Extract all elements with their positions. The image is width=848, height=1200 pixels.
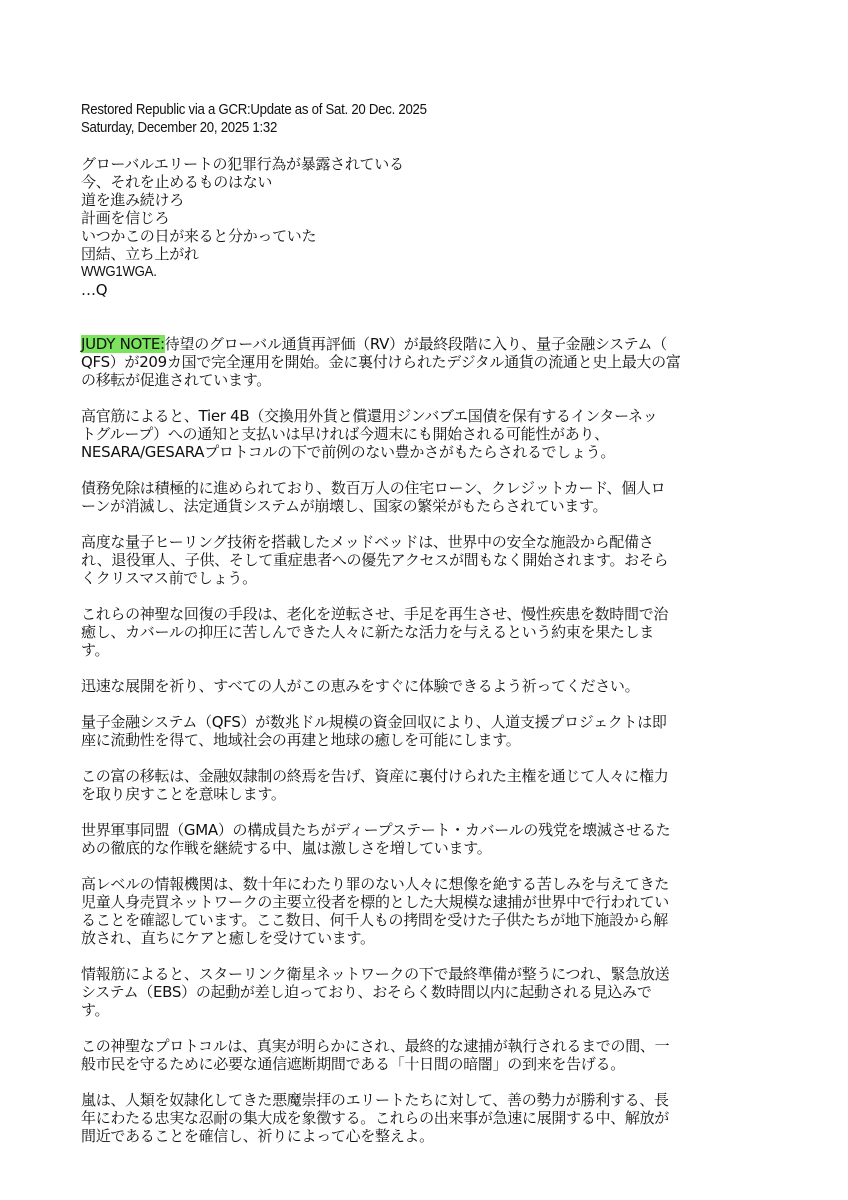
paragraph-line: ることを確認しています。ここ数日、何千人もの拷問を受けた子供たちが地下施設から解 (81, 911, 771, 929)
poem-block: グローバルエリートの犯罪行為が暴露されている 今、それを止めるものはない 道を進… (81, 155, 771, 299)
paragraph-line: この富の移転は、金融奴隷制の終焉を告げ、資産に裏付けられた主権を通じて人々に権力 (81, 767, 771, 785)
paragraph-judy-note: JUDY NOTE:待望のグローバル通貨再評価（RV）が最終段階に入り、量子金融… (81, 335, 771, 389)
paragraph-line: トグループ）への通知と支払いは早ければ今週末にも開始される可能性があり、 (81, 425, 771, 443)
paragraph: 嵐は、人類を奴隷化してきた悪魔崇拝のエリートたちに対して、善の勢力が勝利する、長… (81, 1091, 771, 1145)
paragraph-line: これらの神聖な回復の手段は、老化を逆転させ、手足を再生させ、慢性疾患を数時間で治 (81, 605, 771, 623)
document-page: Restored Republic via a GCR:Update as of… (81, 101, 771, 1163)
paragraph-line: 迅速な展開を祈り、すべての人がこの恵みをすぐに体験できるよう祈ってください。 (81, 677, 771, 695)
paragraph-line: 高レベルの情報機関は、数十年にわたり罪のない人々に想像を絶する苦しみを与えてきた (81, 875, 771, 893)
poem-line: WWG1WGA. (81, 263, 688, 281)
paragraph-line: 年にわたる忠実な忍耐の集大成を象徴する。これらの出来事が急速に展開する中、解放が (81, 1109, 771, 1127)
paragraph: この神聖なプロトコルは、真実が明らかにされ、最終的な逮捕が執行されるまでの間、一… (81, 1037, 771, 1073)
paragraph-line: 嵐は、人類を奴隷化してきた悪魔崇拝のエリートたちに対して、善の勢力が勝利する、長 (81, 1091, 771, 1109)
paragraph-line: QFS）が209カ国で完全運用を開始。金に裏付けられたデジタル通貨の流通と史上最… (81, 353, 771, 371)
paragraph-line: 児童人身売買ネットワークの主要立役者を標的とした大規模な逮捕が世界中で行われてい (81, 893, 771, 911)
paragraph-line: システム（EBS）の起動が差し迫っており、おそらく数時間以内に起動される見込みで (81, 983, 771, 1001)
paragraph-line: くクリスマス前でしょう。 (81, 569, 771, 587)
paragraph: 迅速な展開を祈り、すべての人がこの恵みをすぐに体験できるよう祈ってください。 (81, 677, 771, 695)
paragraph-line: 癒し、カバールの抑圧に苦しんできた人々に新たな活力を与えるという約束を果たしま (81, 623, 771, 641)
paragraph: 世界軍事同盟（GMA）の構成員たちがディープステート・カバールの残党を壊滅させる… (81, 821, 771, 857)
poem-line: 今、それを止めるものはない (81, 173, 771, 191)
paragraph: 量子金融システム（QFS）が数兆ドル規模の資金回収により、人道支援プロジェクトは… (81, 713, 771, 749)
paragraph-line: 高度な量子ヒーリング技術を搭載したメッドベッドは、世界中の安全な施設から配備さ (81, 533, 771, 551)
paragraph-line: す。 (81, 641, 771, 659)
poem-line: グローバルエリートの犯罪行為が暴露されている (81, 155, 771, 173)
spacer (81, 299, 771, 335)
poem-line: いつかこの日が来ると分かっていた (81, 227, 771, 245)
paragraph: 情報筋によると、スターリンク衛星ネットワークの下で最終準備が整うにつれ、緊急放送… (81, 965, 771, 1019)
spacer (81, 137, 771, 155)
paragraph: 高レベルの情報機関は、数十年にわたり罪のない人々に想像を絶する苦しみを与えてきた… (81, 875, 771, 947)
paragraph-line: 間近であることを確信し、祈りによって心を整えよ。 (81, 1127, 771, 1145)
paragraph-line: 座に流動性を得て、地域社会の再建と地球の癒しを可能にします。 (81, 731, 771, 749)
paragraph: これらの神聖な回復の手段は、老化を逆転させ、手足を再生させ、慢性疾患を数時間で治… (81, 605, 771, 659)
paragraph: 債務免除は積極的に進められており、数百万人の住宅ローン、クレジットカード、個人ロ… (81, 479, 771, 515)
paragraph-line: 世界軍事同盟（GMA）の構成員たちがディープステート・カバールの残党を壊滅させる… (81, 821, 771, 839)
paragraph-line: の移転が促進されています。 (81, 371, 771, 389)
paragraph-line: す。 (81, 1001, 771, 1019)
paragraph-line: れ、退役軍人、子供、そして重症患者への優先アクセスが間もなく開始されます。おそら (81, 551, 771, 569)
paragraph: 高官筋によると、Tier 4B（交換用外貨と償還用ジンバブエ国債を保有するインタ… (81, 407, 771, 461)
paragraph-line: 情報筋によると、スターリンク衛星ネットワークの下で最終準備が整うにつれ、緊急放送 (81, 965, 771, 983)
paragraph-line: 般市民を守るために必要な通信遮断期間である「十日間の暗闇」の到来を告げる。 (81, 1055, 771, 1073)
judy-note-label: JUDY NOTE: (81, 335, 165, 353)
poem-line: 団結、立ち上がれ (81, 245, 771, 263)
paragraph-line: ーンが消滅し、法定通貨システムが崩壊し、国家の繁栄がもたらされています。 (81, 497, 771, 515)
paragraph-line: 債務免除は積極的に進められており、数百万人の住宅ローン、クレジットカード、個人ロ (81, 479, 771, 497)
paragraph-line: NESARA/GESARAプロトコルの下で前例のない豊かさがもたらされるでしょう… (81, 443, 771, 461)
poem-line: 道を進み続けろ (81, 191, 771, 209)
paragraph-line: めの徹底的な作戦を継続する中、嵐は激しさを増しています。 (81, 839, 771, 857)
document-title: Restored Republic via a GCR:Update as of… (81, 101, 688, 119)
paragraph-line: 待望のグローバル通貨再評価（RV）が最終段階に入り、量子金融システム（ (165, 335, 667, 353)
paragraph: 高度な量子ヒーリング技術を搭載したメッドベッドは、世界中の安全な施設から配備さ … (81, 533, 771, 587)
document-datetime: Saturday, December 20, 2025 1:32 (81, 119, 688, 137)
paragraph-line: この神聖なプロトコルは、真実が明らかにされ、最終的な逮捕が執行されるまでの間、一 (81, 1037, 771, 1055)
paragraph-line: 量子金融システム（QFS）が数兆ドル規模の資金回収により、人道支援プロジェクトは… (81, 713, 771, 731)
paragraph-line: を取り戻すことを意味します。 (81, 785, 771, 803)
paragraph-line: 放され、直ちにケアと癒しを受けています。 (81, 929, 771, 947)
paragraph-line: 高官筋によると、Tier 4B（交換用外貨と償還用ジンバブエ国債を保有するインタ… (81, 407, 771, 425)
paragraph: この富の移転は、金融奴隷制の終焉を告げ、資産に裏付けられた主権を通じて人々に権力… (81, 767, 771, 803)
poem-line: 計画を信じろ (81, 209, 771, 227)
poem-line: …Q (81, 281, 771, 299)
